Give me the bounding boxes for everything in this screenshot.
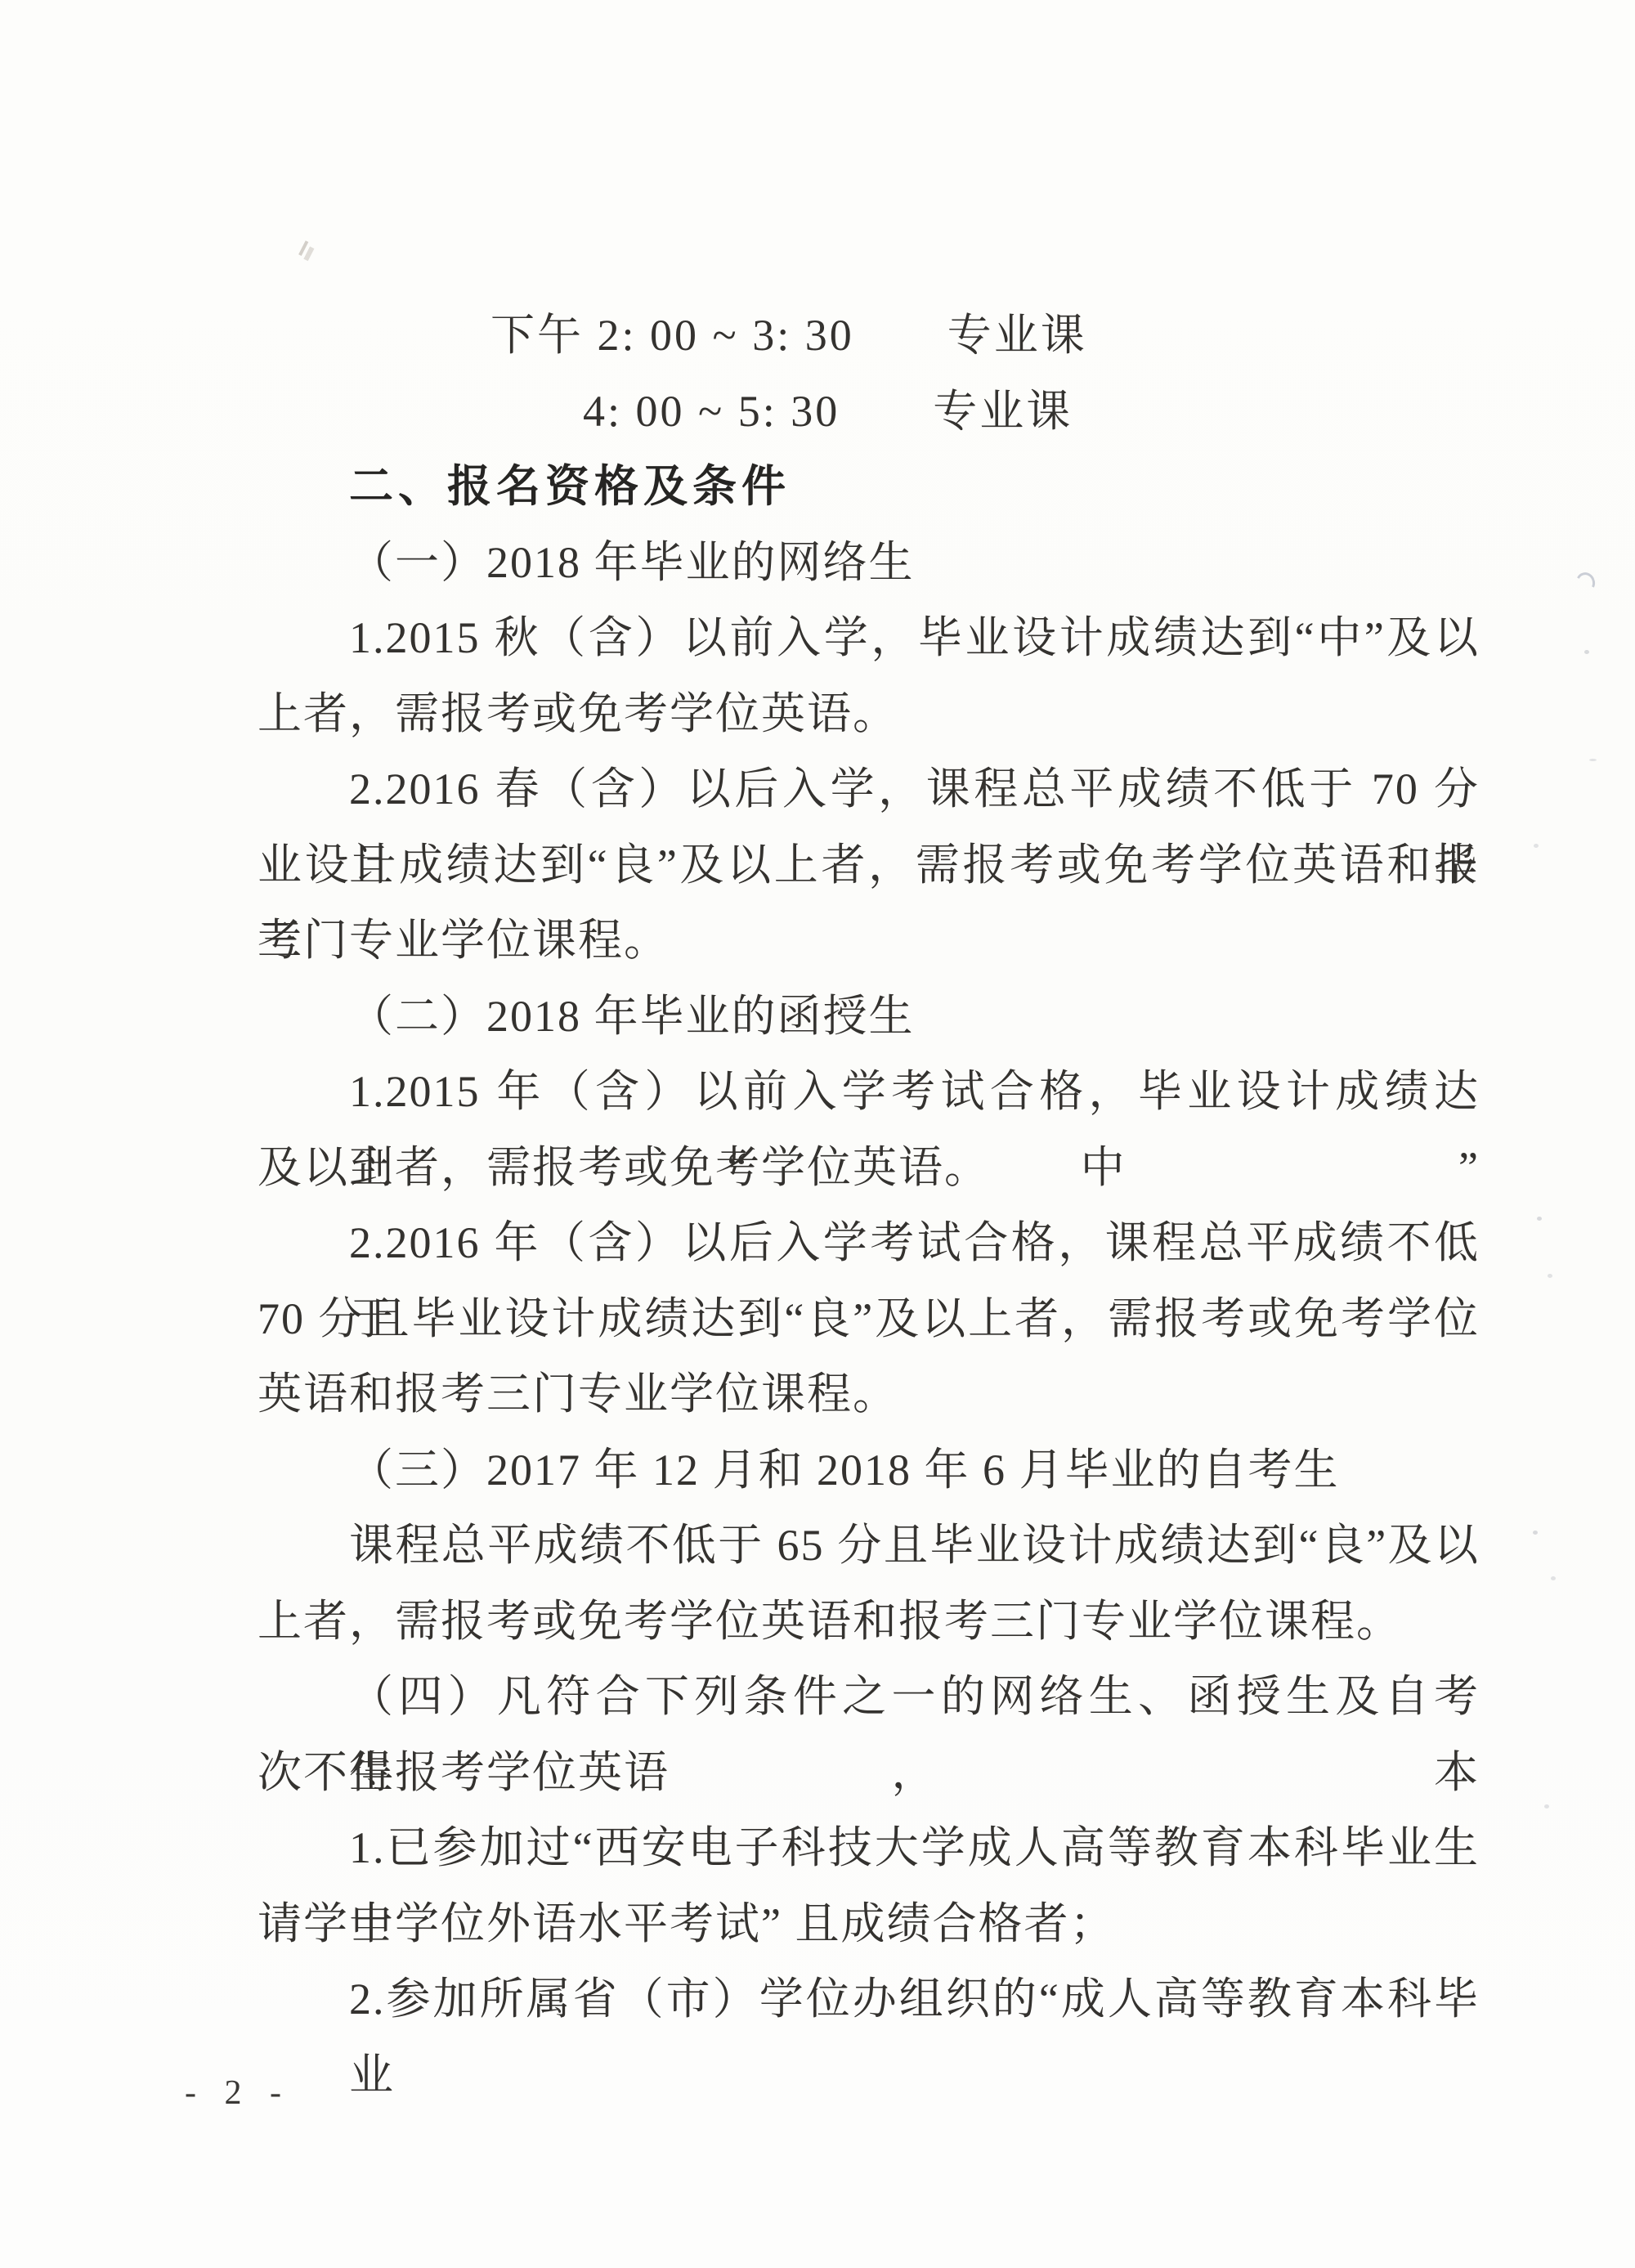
schedule-line-afternoon-2: 4: 00 ~ 5: 30 专业课 <box>258 374 1480 450</box>
scan-artifact <box>1574 570 1598 595</box>
subsection-1-title: （一）2018 年毕业的网络生 <box>258 525 1480 601</box>
scan-smudge <box>298 240 311 258</box>
section-2-heading: 二、报名资格及条件 <box>258 449 1480 525</box>
scan-speck <box>1544 1804 1549 1809</box>
page-number: - 2 - <box>185 2073 291 2113</box>
scan-speck <box>1533 1531 1538 1535</box>
paragraph-line: 课程总平成绩不低于 65 分且毕业设计成绩达到“良”及以 <box>258 1508 1480 1584</box>
paragraph-line: 1.2015 秋（含）以前入学，毕业设计成绩达到“中”及以 <box>258 600 1480 676</box>
paragraph-line: 上者，需报考或免考学位英语。 <box>258 676 1480 752</box>
subsection-4-title: （四）凡符合下列条件之一的网络生、函授生及自考生，本 <box>258 1659 1480 1735</box>
paragraph-line: 70 分且毕业设计成绩达到“良”及以上者，需报考或免考学位 <box>258 1281 1480 1357</box>
paragraph-line: 英语和报考三门专业学位课程。 <box>258 1356 1480 1432</box>
paragraph-line: 2.2016 年（含）以后入学考试合格，课程总平成绩不低于 <box>258 1205 1480 1281</box>
paragraph-line: 2.2016 春（含）以后入学，课程总平成绩不低于 70 分且毕 <box>258 751 1480 827</box>
paragraph-line: 上者，需报考或免考学位英语和报考三门专业学位课程。 <box>258 1584 1480 1660</box>
paragraph-line: 1.已参加过“西安电子科技大学成人高等教育本科毕业生申 <box>258 1810 1480 1886</box>
scanned-document-page: 下午 2: 00 ~ 3: 30 专业课 4: 00 ~ 5: 30 专业课 二… <box>0 0 1635 2268</box>
paragraph-line: 1.2015 年（含）以前入学考试合格，毕业设计成绩达到“中” <box>258 1054 1480 1130</box>
paragraph-line: 2.参加所属省（市）学位办组织的“成人高等教育本科毕业 <box>258 1961 1480 2037</box>
paragraph-line: 业设计成绩达到“良”及以上者，需报考或免考学位英语和报考 <box>258 827 1480 903</box>
subsection-3-title: （三）2017 年 12 月和 2018 年 6 月毕业的自考生 <box>258 1432 1480 1508</box>
paragraph-line: 请学士学位外语水平考试” 且成绩合格者； <box>258 1886 1480 1962</box>
document-body: 下午 2: 00 ~ 3: 30 专业课 4: 00 ~ 5: 30 专业课 二… <box>258 298 1480 2037</box>
scan-speck <box>1534 844 1539 848</box>
scan-speck <box>1589 759 1597 761</box>
scan-speck <box>1548 1274 1552 1278</box>
paragraph-line: 三门专业学位课程。 <box>258 903 1480 979</box>
scan-speck <box>1537 1217 1542 1221</box>
schedule-line-afternoon-1: 下午 2: 00 ~ 3: 30 专业课 <box>258 298 1480 374</box>
scan-speck <box>1551 1576 1556 1580</box>
subsection-2-title: （二）2018 年毕业的函授生 <box>258 979 1480 1055</box>
scan-speck <box>1584 650 1589 654</box>
